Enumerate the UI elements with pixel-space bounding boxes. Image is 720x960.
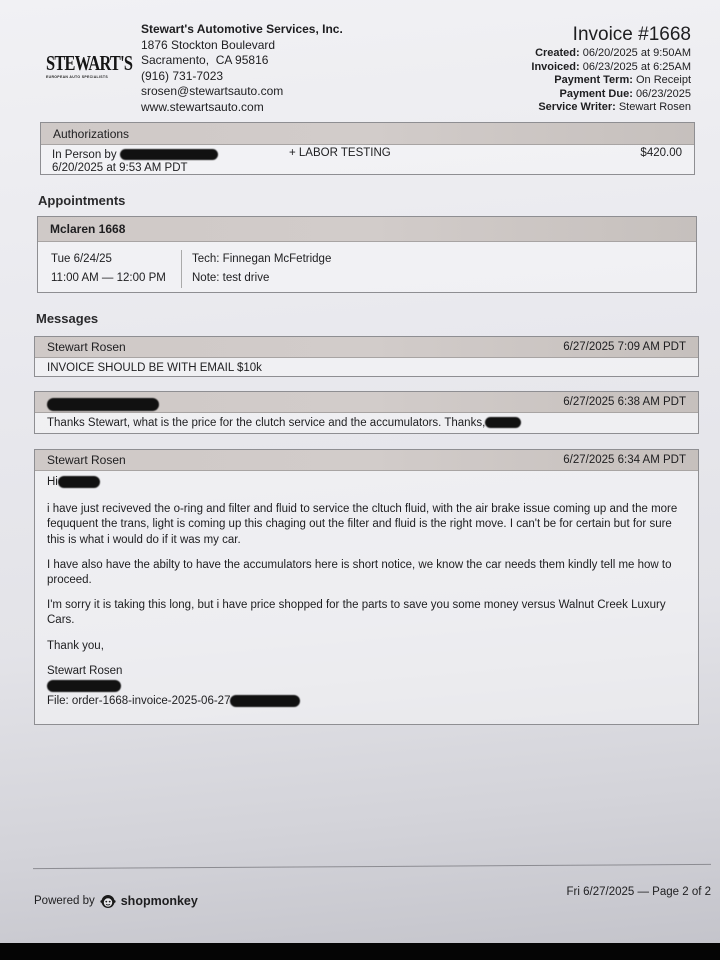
authorizations-header: Authorizations bbox=[41, 123, 694, 145]
message-greeting: Hi bbox=[47, 475, 686, 490]
attachment-filename[interactable]: File: order-1668-invoice-2025-06-27 bbox=[47, 695, 230, 707]
message-paragraph: I have also have the abilty to have the … bbox=[47, 558, 686, 588]
payment-term-label: Payment Term: bbox=[554, 74, 633, 86]
shopmonkey-brand: shopmonkey bbox=[121, 894, 198, 908]
redacted-contact bbox=[47, 679, 686, 694]
invoice-title: Invoice #1668 bbox=[531, 24, 691, 46]
appointment-note: Note: test drive bbox=[192, 269, 331, 288]
invoice-created: Created: 06/20/2025 at 9:50AM bbox=[531, 47, 691, 61]
appointment-when: Tue 6/24/25 11:00 AM — 12:00 PM bbox=[38, 250, 182, 288]
message-header: Stewart Rosen 6/27/2025 6:34 AM PDT bbox=[35, 450, 698, 471]
redacted-filename bbox=[230, 695, 300, 707]
messages-title: Messages bbox=[36, 311, 98, 326]
invoice-payment-due: Payment Due: 06/23/2025 bbox=[531, 88, 691, 102]
message-body: Thanks Stewart, what is the price for th… bbox=[35, 413, 698, 434]
payment-term-value: On Receipt bbox=[636, 74, 691, 86]
appointment-vehicle: Mclaren 1668 bbox=[50, 222, 125, 236]
message-paragraph: i have just reciveved the o-ring and fil… bbox=[47, 502, 686, 548]
page-info: Fri 6/27/2025 — Page 2 of 2 bbox=[567, 886, 711, 898]
redacted-name bbox=[120, 149, 218, 160]
message-body: Hi i have just reciveved the o-ring and … bbox=[35, 471, 698, 712]
company-email: srosen@stewartsauto.com bbox=[141, 84, 343, 100]
company-address-line1: 1876 Stockton Boulevard bbox=[141, 38, 343, 54]
authorizations-title: Authorizations bbox=[53, 127, 129, 141]
message-author: Stewart Rosen bbox=[47, 340, 126, 354]
logo-tagline: EUROPEAN AUTO SPECIALISTS bbox=[46, 75, 128, 79]
authorization-item: + LABOR TESTING bbox=[289, 147, 391, 159]
payment-due-label: Payment Due: bbox=[560, 88, 633, 100]
message-card: Stewart Rosen 6/27/2025 6:34 AM PDT Hi i… bbox=[34, 449, 699, 725]
invoice-payment-term: Payment Term: On Receipt bbox=[531, 74, 691, 88]
invoiced-label: Invoiced: bbox=[531, 61, 579, 73]
authorization-amount: $420.00 bbox=[640, 147, 682, 159]
company-website: www.stewartsauto.com bbox=[141, 100, 343, 116]
redacted-recipient bbox=[58, 476, 100, 488]
message-signature: Stewart Rosen bbox=[47, 664, 686, 679]
authorization-row: In Person by 6/20/2025 at 9:53 AM PDT + … bbox=[41, 145, 694, 175]
appointment-body: Tue 6/24/25 11:00 AM — 12:00 PM Tech: Fi… bbox=[38, 242, 696, 288]
company-logo: STEWART'S EUROPEAN AUTO SPECIALISTS bbox=[46, 52, 128, 86]
photo-background-edge bbox=[0, 943, 720, 960]
appointment-date: Tue 6/24/25 bbox=[51, 250, 181, 269]
message-card: Stewart Rosen 6/27/2025 7:09 AM PDT INVO… bbox=[34, 336, 699, 377]
created-label: Created: bbox=[535, 47, 580, 59]
authorization-by-label: In Person by bbox=[52, 149, 117, 161]
message-timestamp: 6/27/2025 6:38 AM PDT bbox=[563, 396, 686, 408]
created-value: 06/20/2025 at 9:50AM bbox=[583, 47, 691, 59]
redacted-signoff bbox=[485, 417, 521, 428]
appointment-box: Mclaren 1668 Tue 6/24/25 11:00 AM — 12:0… bbox=[37, 216, 697, 293]
authorization-by: In Person by 6/20/2025 at 9:53 AM PDT bbox=[52, 149, 218, 175]
company-name: Stewart's Automotive Services, Inc. bbox=[141, 22, 343, 38]
authorizations-box: Authorizations In Person by 6/20/2025 at… bbox=[40, 122, 695, 175]
appointment-time: 11:00 AM — 12:00 PM bbox=[51, 269, 181, 288]
company-address-line2: Sacramento, CA 95816 bbox=[141, 53, 343, 69]
invoice-service-writer: Service Writer: Stewart Rosen bbox=[531, 101, 691, 115]
appointment-header: Mclaren 1668 bbox=[38, 217, 696, 242]
appointment-tech: Tech: Finnegan McFetridge bbox=[192, 250, 331, 269]
monkey-face-icon bbox=[100, 893, 116, 909]
message-timestamp: 6/27/2025 7:09 AM PDT bbox=[563, 341, 686, 353]
powered-by: Powered by shopmonkey bbox=[34, 893, 198, 909]
service-writer-value: Stewart Rosen bbox=[619, 101, 691, 113]
invoiced-value: 06/23/2025 at 6:25AM bbox=[583, 61, 691, 73]
message-timestamp: 6/27/2025 6:34 AM PDT bbox=[563, 454, 686, 466]
message-attachment[interactable]: File: order-1668-invoice-2025-06-27 bbox=[47, 694, 686, 709]
appointment-details: Tech: Finnegan McFetridge Note: test dri… bbox=[182, 250, 331, 288]
service-writer-label: Service Writer: bbox=[538, 101, 615, 113]
footer-divider bbox=[33, 864, 711, 869]
greeting-text: Hi bbox=[47, 476, 58, 488]
message-paragraph: Thank you, bbox=[47, 639, 686, 654]
redacted-author bbox=[47, 398, 159, 411]
message-author: Stewart Rosen bbox=[47, 453, 126, 467]
message-card: 6/27/2025 6:38 AM PDT Thanks Stewart, wh… bbox=[34, 391, 699, 434]
message-header: 6/27/2025 6:38 AM PDT bbox=[35, 392, 698, 413]
appointments-title: Appointments bbox=[38, 193, 125, 208]
powered-by-label: Powered by bbox=[34, 895, 95, 907]
invoice-page: STEWART'S EUROPEAN AUTO SPECIALISTS Stew… bbox=[0, 0, 720, 945]
authorization-datetime: 6/20/2025 at 9:53 AM PDT bbox=[52, 162, 188, 174]
logo-wordmark: STEWART'S bbox=[46, 52, 110, 74]
invoice-meta: Invoice #1668 Created: 06/20/2025 at 9:5… bbox=[531, 24, 691, 115]
message-paragraph: I'm sorry it is taking this long, but i … bbox=[47, 598, 686, 628]
message-header: Stewart Rosen 6/27/2025 7:09 AM PDT bbox=[35, 337, 698, 358]
message-body: INVOICE SHOULD BE WITH EMAIL $10k bbox=[35, 358, 698, 379]
payment-due-value: 06/23/2025 bbox=[636, 88, 691, 100]
message-text: Thanks Stewart, what is the price for th… bbox=[47, 417, 485, 429]
company-phone: (916) 731-7023 bbox=[141, 69, 343, 85]
invoice-invoiced: Invoiced: 06/23/2025 at 6:25AM bbox=[531, 61, 691, 75]
company-info: Stewart's Automotive Services, Inc. 1876… bbox=[141, 22, 343, 115]
